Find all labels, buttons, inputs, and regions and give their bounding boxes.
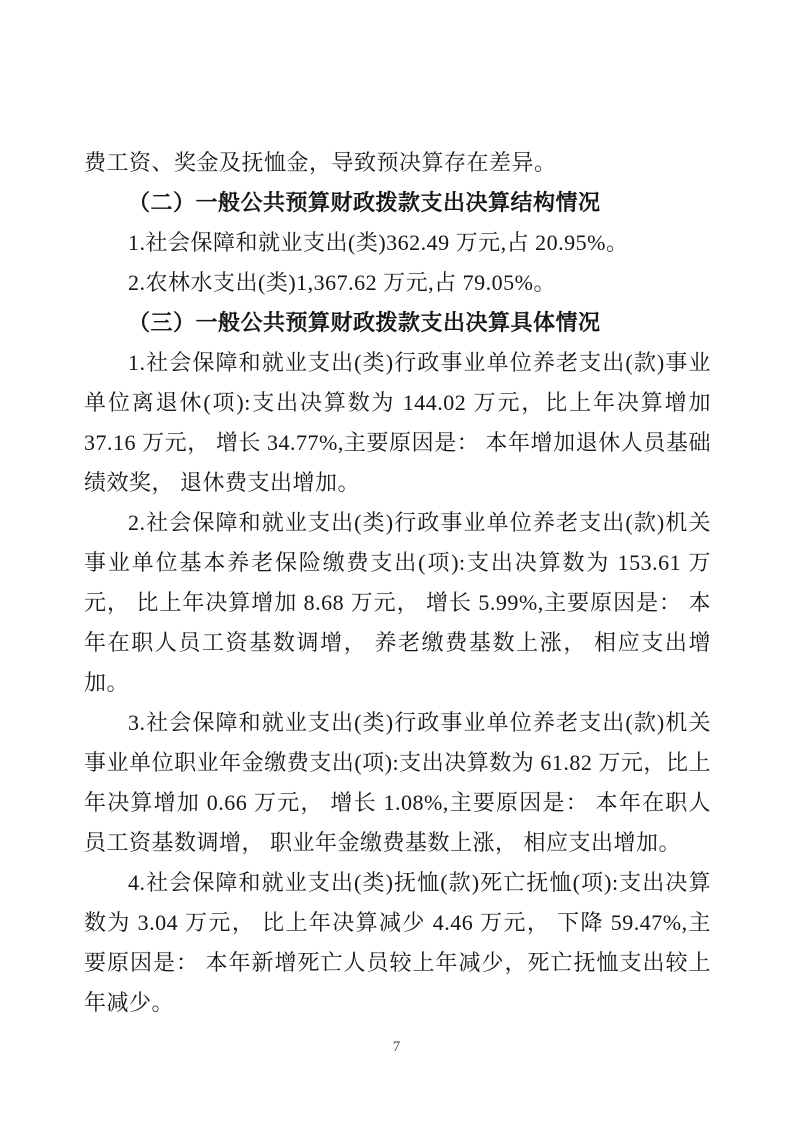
detail-paragraph-1: 1.社会保障和就业支出(类)行政事业单位养老支出(款)事业单位离退休(项):支出… [84, 343, 711, 503]
structure-item-2: 2.农林水支出(类)1,367.62 万元,占 79.05%。 [84, 263, 711, 303]
page-number: 7 [0, 1036, 793, 1058]
continuation-paragraph: 费工资、奖金及抚恤金，导致预决算存在差异。 [84, 143, 711, 183]
page-content: 费工资、奖金及抚恤金，导致预决算存在差异。 （二）一般公共预算财政拨款支出决算结… [84, 143, 711, 1023]
section-heading-three: （三）一般公共预算财政拨款支出决算具体情况 [84, 303, 711, 343]
detail-paragraph-4: 4.社会保障和就业支出(类)抚恤(款)死亡抚恤(项):支出决算数为 3.04 万… [84, 863, 711, 1023]
document-page: 费工资、奖金及抚恤金，导致预决算存在差异。 （二）一般公共预算财政拨款支出决算结… [0, 0, 793, 1122]
structure-item-1: 1.社会保障和就业支出(类)362.49 万元,占 20.95%。 [84, 223, 711, 263]
detail-paragraph-3: 3.社会保障和就业支出(类)行政事业单位养老支出(款)机关事业单位职业年金缴费支… [84, 703, 711, 863]
section-heading-two: （二）一般公共预算财政拨款支出决算结构情况 [84, 183, 711, 223]
detail-paragraph-2: 2.社会保障和就业支出(类)行政事业单位养老支出(款)机关事业单位基本养老保险缴… [84, 503, 711, 703]
